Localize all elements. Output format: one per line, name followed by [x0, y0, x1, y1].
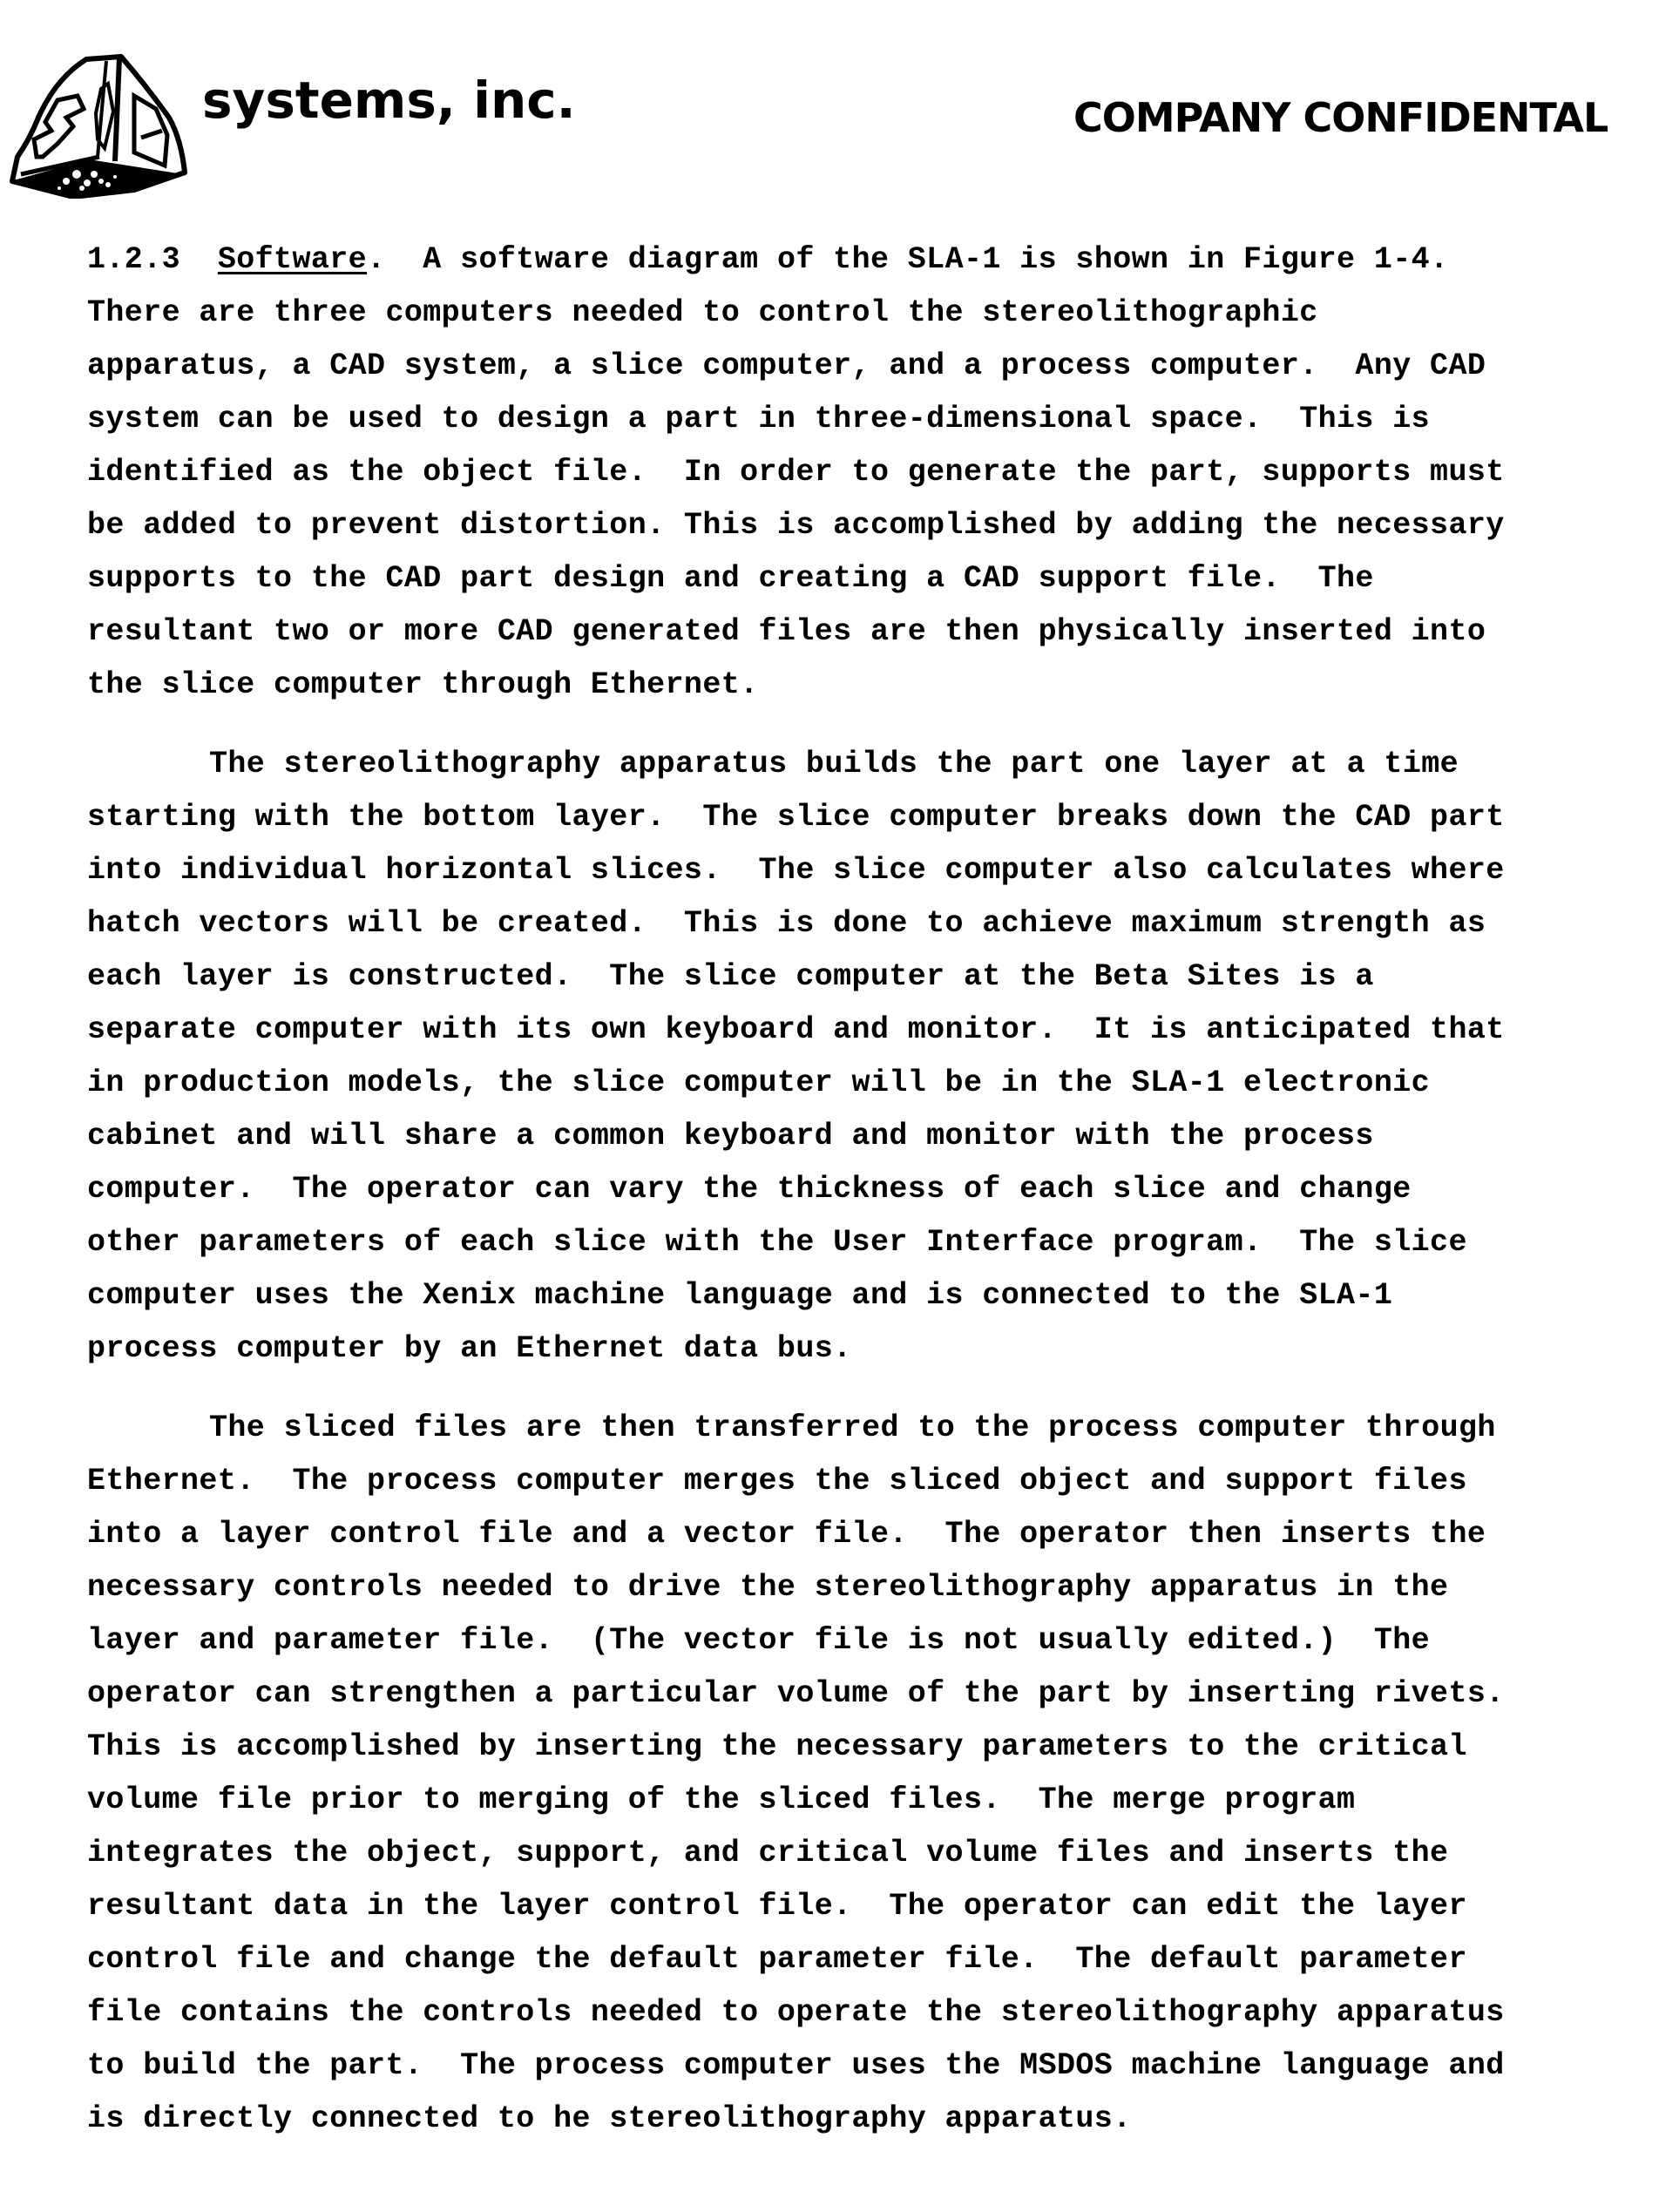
text-line: integrates the object, support, and crit…: [87, 1827, 1568, 1880]
text-line: computer uses the Xenix machine language…: [87, 1269, 1568, 1322]
text-line: necessary controls needed to drive the s…: [87, 1561, 1568, 1614]
text-line: the slice computer through Ethernet.: [87, 659, 1568, 712]
text-line: A software diagram of the SLA-1 is shown…: [385, 242, 1448, 277]
text-line: cabinet and will share a common keyboard…: [87, 1110, 1568, 1163]
text-line: supports to the CAD part design and crea…: [87, 552, 1568, 605]
text-line: other parameters of each slice with the …: [87, 1216, 1568, 1269]
text-line: hatch vectors will be created. This is d…: [87, 897, 1568, 950]
text-line: layer and parameter file. (The vector fi…: [87, 1614, 1568, 1667]
text-line: separate computer with its own keyboard …: [87, 1004, 1568, 1057]
text-line: apparatus, a CAD system, a slice compute…: [87, 340, 1568, 393]
section-title: Software: [218, 242, 367, 277]
company-logo-icon: [3, 35, 190, 199]
paragraph-3: The sliced files are then transferred to…: [87, 1402, 1568, 2146]
text-line: Ethernet. The process computer merges th…: [87, 1455, 1568, 1508]
text-line: starting with the bottom layer. The slic…: [87, 791, 1568, 844]
text-line: There are three computers needed to cont…: [87, 287, 1568, 340]
company-name: systems, inc.: [202, 75, 576, 125]
text-line: file contains the controls needed to ope…: [87, 1986, 1568, 2040]
text-line: each layer is constructed. The slice com…: [87, 950, 1568, 1004]
section-heading-line: 1.2.3 Software. A software diagram of th…: [87, 233, 1568, 287]
text-line: into a layer control file and a vector f…: [87, 1508, 1568, 1561]
text-line: The sliced files are then transferred to…: [87, 1402, 1568, 1455]
paragraph-1: 1.2.3 Software. A software diagram of th…: [87, 233, 1568, 712]
text-line: to build the part. The process computer …: [87, 2040, 1568, 2093]
text-line: in production models, the slice computer…: [87, 1057, 1568, 1110]
paragraph-2: The stereolithography apparatus builds t…: [87, 738, 1568, 1376]
text-line: The stereolithography apparatus builds t…: [87, 738, 1568, 791]
section-number: 1.2.3: [87, 242, 180, 277]
text-line: is directly connected to he stereolithog…: [87, 2093, 1568, 2146]
text-line: into individual horizontal slices. The s…: [87, 844, 1568, 897]
text-line: volume file prior to merging of the slic…: [87, 1774, 1568, 1827]
text-line: resultant two or more CAD generated file…: [87, 605, 1568, 659]
text-line: operator can strengthen a particular vol…: [87, 1667, 1568, 1721]
text-line: system can be used to design a part in t…: [87, 393, 1568, 446]
text-line: identified as the object file. In order …: [87, 446, 1568, 499]
section-title-suffix: .: [367, 242, 385, 277]
text-line: resultant data in the layer control file…: [87, 1880, 1568, 1933]
text-line: This is accomplished by inserting the ne…: [87, 1721, 1568, 1774]
text-line: be added to prevent distortion. This is …: [87, 499, 1568, 552]
text-line: control file and change the default para…: [87, 1933, 1568, 1986]
text-line: process computer by an Ethernet data bus…: [87, 1322, 1568, 1376]
document-body: 1.2.3 Software. A software diagram of th…: [87, 233, 1568, 2172]
confidentiality-label: COMPANY CONFIDENTAL: [1073, 98, 1608, 138]
text-line: computer. The operator can vary the thic…: [87, 1163, 1568, 1216]
